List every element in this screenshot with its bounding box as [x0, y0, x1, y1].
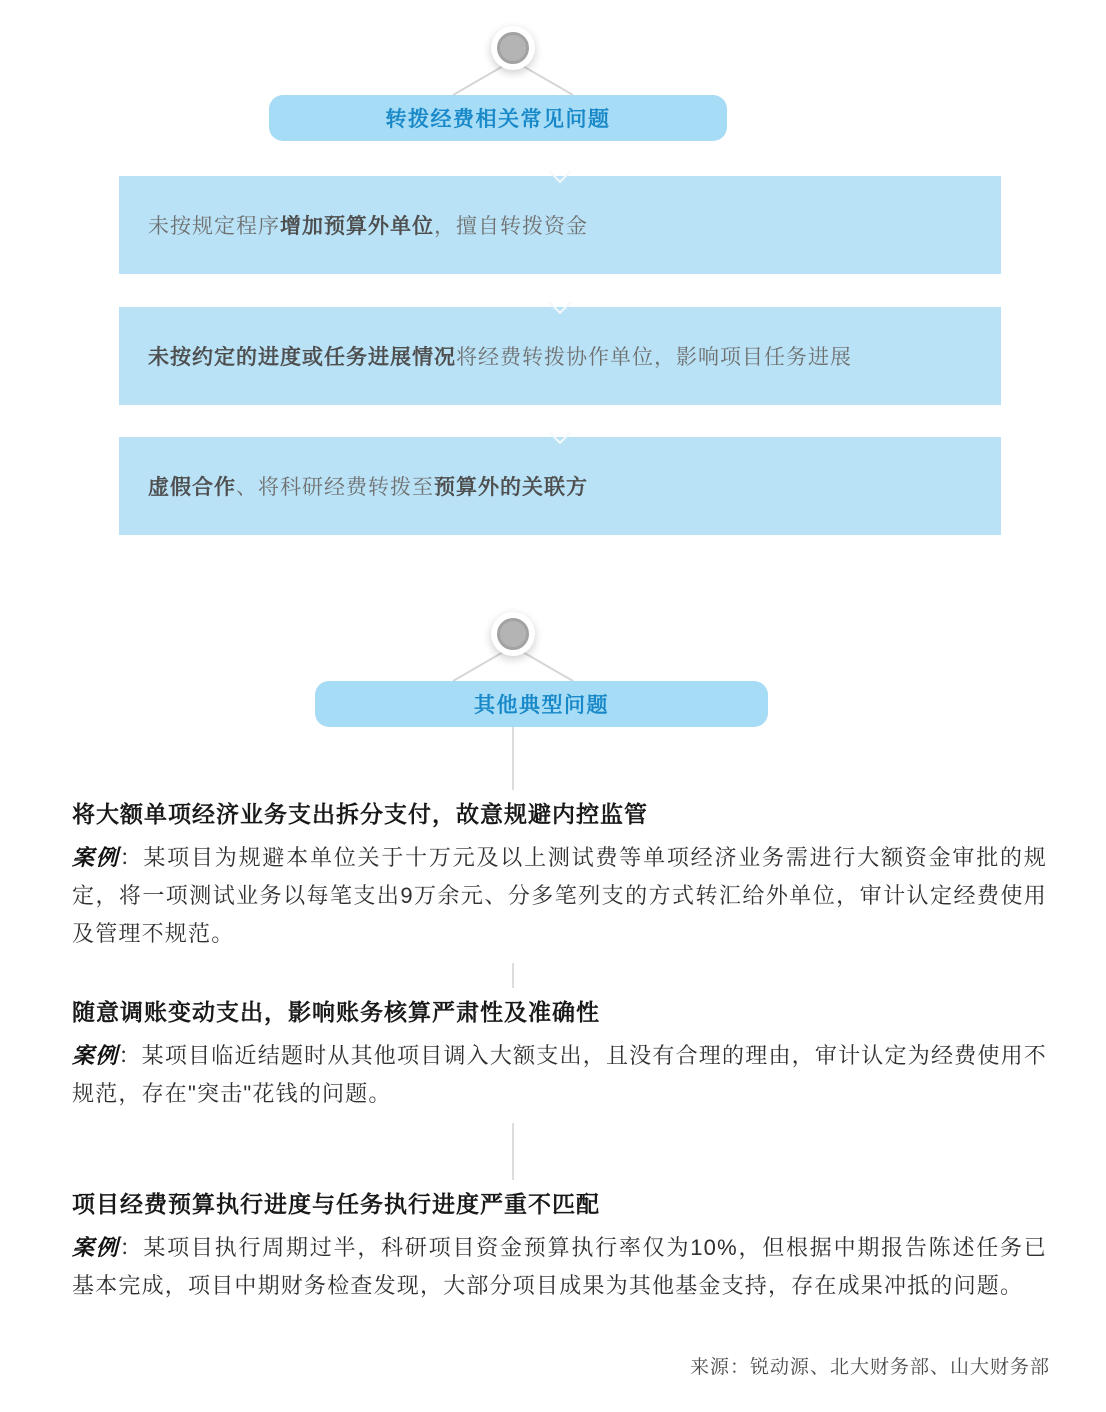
topic1-banner: 转拨经费相关常见问题: [269, 95, 727, 141]
problem-box-1: 未按规定程序增加预算外单位，擅自转拨资金: [119, 176, 1001, 274]
infographic-page: 转拨经费相关常见问题 未按规定程序增加预算外单位，擅自转拨资金 未按约定的进度或…: [0, 0, 1106, 1412]
branch-line-right: [522, 651, 573, 682]
problem-box-3-text: 虚假合作、将科研经费转拨至预算外的关联方: [148, 471, 588, 501]
case-section-1: 将大额单项经济业务支出拆分支付，故意规避内控监管 案例：某项目为规避本单位关于十…: [72, 790, 1047, 963]
topic1-title: 转拨经费相关常见问题: [386, 103, 611, 133]
topic2-banner: 其他典型问题: [315, 681, 768, 727]
problem-box-3: 虚假合作、将科研经费转拨至预算外的关联方: [119, 437, 1001, 535]
case-1-text: 某项目为规避本单位关于十万元及以上测试费等单项经济业务需进行大额资金审批的规定，…: [72, 845, 1047, 946]
case-3-text: 某项目执行周期过半，科研项目资金预算执行率仅为10%，但根据中期报告陈述任务已基…: [72, 1235, 1047, 1298]
source-note: 来源：锐动源、北大财务部、山大财务部: [690, 1352, 1050, 1379]
case-1-heading: 将大额单项经济业务支出拆分支付，故意规避内控监管: [72, 796, 1047, 829]
topic2-title: 其他典型问题: [474, 689, 609, 719]
case-1-body: 案例：某项目为规避本单位关于十万元及以上测试费等单项经济业务需进行大额资金审批的…: [72, 839, 1047, 953]
topic1-connector-node: [433, 20, 593, 98]
node-dot-icon: [497, 32, 529, 64]
branch-line-right: [522, 65, 573, 96]
problem-box-1-text: 未按规定程序增加预算外单位，擅自转拨资金: [148, 210, 588, 240]
node-ring: [491, 612, 535, 656]
case-2-heading: 随意调账变动支出，影响账务核算严肃性及准确性: [72, 994, 1047, 1027]
case-2-separator: ：: [118, 1043, 141, 1068]
case-3-heading: 项目经费预算执行进度与任务执行进度严重不匹配: [72, 1186, 1047, 1219]
case-3-separator: ：: [120, 1235, 144, 1260]
case-2-label: 案例: [72, 1043, 118, 1068]
topic2-connector-node: [433, 606, 593, 684]
case-section-2: 随意调账变动支出，影响账务核算严肃性及准确性 案例：某项目临近结题时从其他项目调…: [72, 988, 1047, 1123]
branch-line-left: [453, 65, 504, 96]
problem-box-2-text: 未按约定的进度或任务进展情况将经费转拨协作单位，影响项目任务进展: [148, 341, 852, 371]
case-1-label: 案例: [72, 845, 120, 870]
branch-line-left: [453, 651, 504, 682]
case-1-separator: ：: [120, 845, 144, 870]
problem-box-2: 未按约定的进度或任务进展情况将经费转拨协作单位，影响项目任务进展: [119, 307, 1001, 405]
case-3-label: 案例: [72, 1235, 120, 1260]
case-section-3: 项目经费预算执行进度与任务执行进度严重不匹配 案例：某项目执行周期过半，科研项目…: [72, 1180, 1047, 1315]
node-dot-icon: [497, 618, 529, 650]
case-2-body: 案例：某项目临近结题时从其他项目调入大额支出，且没有合理的理由，审计认定为经费使…: [72, 1037, 1047, 1113]
case-3-body: 案例：某项目执行周期过半，科研项目资金预算执行率仅为10%，但根据中期报告陈述任…: [72, 1229, 1047, 1305]
case-2-text: 某项目临近结题时从其他项目调入大额支出，且没有合理的理由，审计认定为经费使用不规…: [72, 1043, 1047, 1106]
node-ring: [491, 26, 535, 70]
